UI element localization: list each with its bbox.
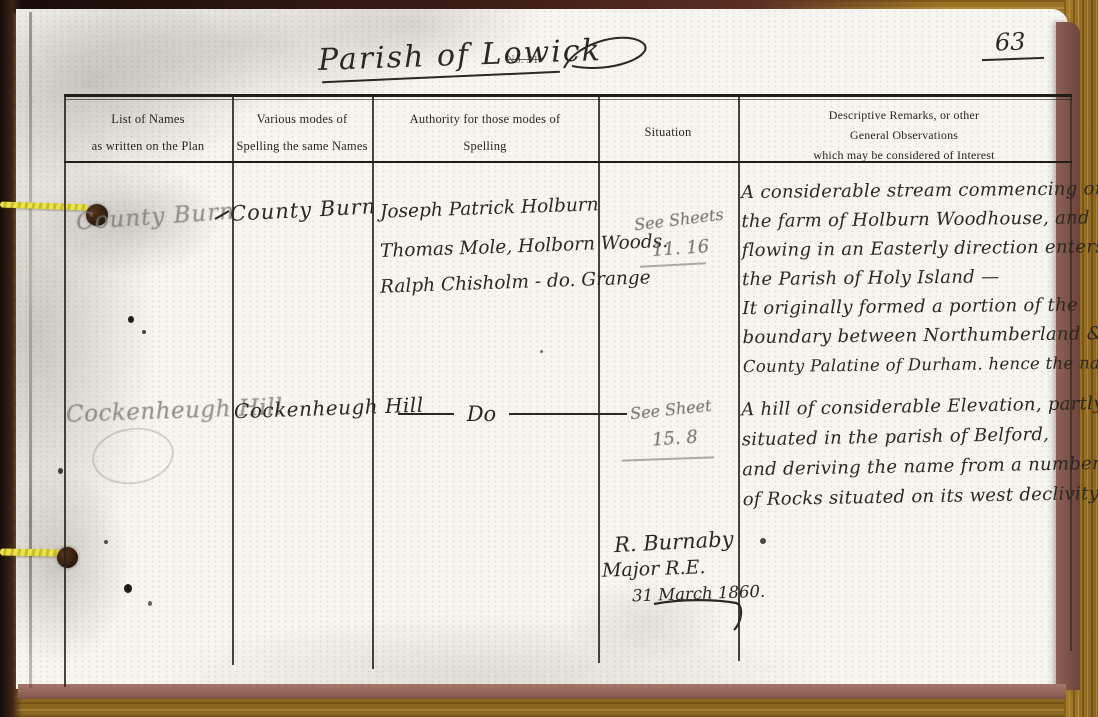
header-line: which may be considered of Interest — [813, 148, 994, 162]
ink-speck — [128, 316, 134, 323]
punch-hole-bottom — [57, 547, 78, 568]
page-stack-bottom-edge — [18, 684, 1066, 699]
signature-rank: Major R.E. — [602, 556, 706, 582]
table-top-rule-thin — [64, 99, 1072, 100]
remarks-line: the Parish of Holy Island — — [742, 261, 1098, 294]
page-number: 63 — [995, 27, 1027, 56]
table-top-rule — [64, 94, 1072, 97]
remarks-line: flowing in an Easterly direction enters — [742, 232, 1098, 265]
header-line: Spelling the same Names — [236, 139, 367, 153]
remarks-line: the farm of Holburn Woodhouse, and — [741, 203, 1098, 236]
row1-situation-sheets: 11. 16 — [651, 236, 710, 261]
remarks-line: of Rocks situated on its west declivity … — [743, 479, 1098, 516]
header-list-of-names: List of Names as written on the Plan — [66, 106, 230, 160]
column-divider-1 — [232, 95, 234, 665]
header-descriptive-remarks: Descriptive Remarks, or other General Ob… — [740, 105, 1068, 165]
remarks-line: boundary between Northumberland & the — [742, 319, 1098, 352]
column-divider-4 — [738, 95, 740, 661]
header-line: Situation — [645, 125, 692, 139]
title-flourish — [560, 30, 655, 80]
remarks-line: County Palatine of Durham. hence the nam… — [743, 348, 1098, 381]
ink-speck — [142, 330, 146, 334]
signature-flourish — [650, 596, 750, 666]
row2-authority-ditto: Do — [398, 402, 627, 426]
ink-speck — [540, 350, 543, 353]
row2-remarks: A hill of considerable Elevation, partly… — [741, 389, 1098, 516]
header-line: Authority for those modes of — [410, 112, 561, 126]
title-struck-overprint: No. 31 — [506, 52, 539, 67]
ditto-dash-left — [398, 413, 454, 415]
ink-speck — [148, 601, 152, 606]
ditto-text: Do — [467, 402, 496, 426]
ink-speck — [58, 468, 63, 474]
remarks-line: It originally formed a portion of the — [742, 290, 1098, 323]
header-authority: Authority for those modes of Spelling — [374, 106, 596, 160]
page-fold-crease — [29, 12, 32, 688]
stitching-thread-bottom — [0, 548, 64, 556]
header-line: List of Names — [111, 112, 184, 126]
remarks-line: A considerable stream commencing on — [741, 174, 1098, 207]
ink-speck — [104, 540, 108, 544]
column-divider-3 — [598, 95, 600, 663]
ink-speck — [760, 538, 766, 544]
header-line: Spelling — [463, 139, 506, 153]
ditto-dash-right — [509, 413, 627, 415]
table-border-left — [64, 95, 66, 687]
header-line: General Observations — [850, 128, 958, 142]
header-line: as written on the Plan — [92, 139, 205, 153]
header-various-modes: Various modes of Spelling the same Names — [234, 106, 370, 160]
header-situation: Situation — [600, 104, 736, 160]
row1-remarks: A considerable stream commencing on the … — [741, 174, 1098, 381]
ink-speck — [124, 584, 132, 593]
header-line: Various modes of — [257, 112, 348, 126]
column-divider-2 — [372, 95, 374, 669]
header-line: Descriptive Remarks, or other — [829, 108, 979, 122]
row2-situation-sheets: 15. 8 — [651, 426, 698, 450]
